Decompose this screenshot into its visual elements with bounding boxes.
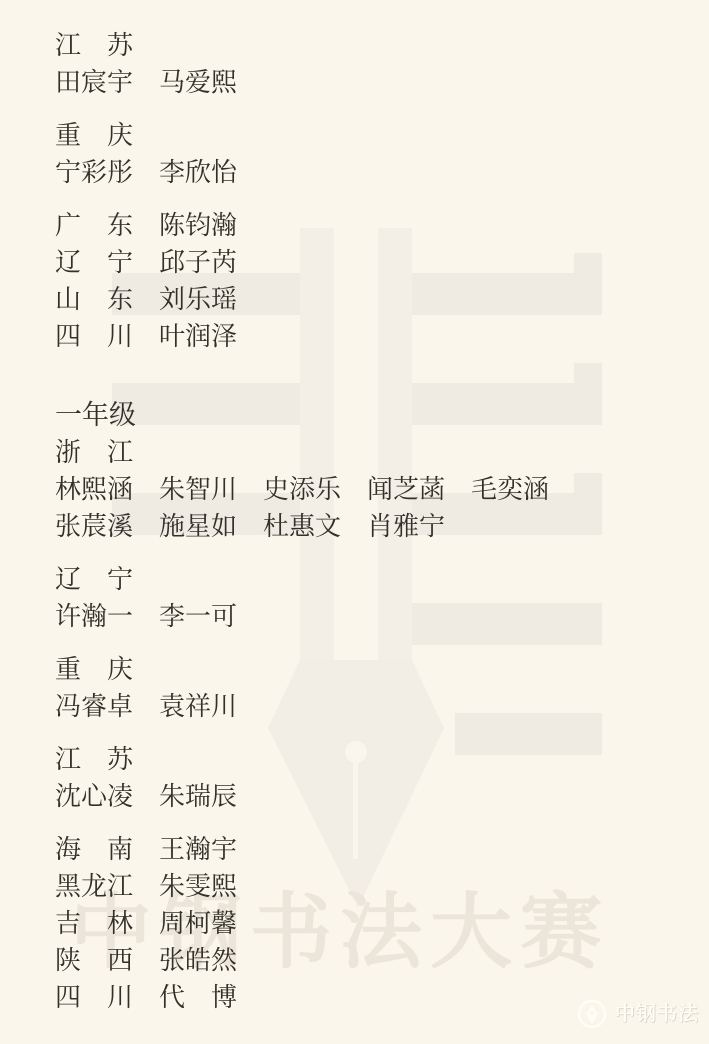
list-line: 四 川 叶润泽 [55, 318, 549, 355]
list-line: 宁彩彤 李欣怡 [55, 154, 549, 191]
list-block: 广 东 陈钧瀚辽 宁 邱子芮山 东 刘乐瑶四 川 叶润泽 [55, 207, 549, 355]
list-line: 海 南 王瀚宇 [55, 831, 549, 868]
list-block: 辽 宁许瀚一 李一可 [55, 561, 549, 635]
results-list: 江 苏田宸宇 马爱熙重 庆宁彩彤 李欣怡广 东 陈钧瀚辽 宁 邱子芮山 东 刘乐… [55, 27, 549, 1016]
list-line: 沈心凌 朱瑞辰 [55, 778, 549, 815]
list-line: 冯睿卓 袁祥川 [55, 688, 549, 725]
list-line: 浙 江 [55, 434, 549, 471]
brand-pen-circle-icon [576, 997, 608, 1031]
list-line: 林熙涵 朱智川 史添乐 闻芝菡 毛奕涵 [55, 471, 549, 508]
list-line: 许瀚一 李一可 [55, 598, 549, 635]
list-block: 一年级浙 江林熙涵 朱智川 史添乐 闻芝菡 毛奕涵张莀溪 施星如 杜惠文 肖雅宁 [55, 397, 549, 545]
grade-heading: 一年级 [55, 397, 549, 434]
list-block: 海 南 王瀚宇黑龙江 朱雯熙吉 林 周柯馨陕 西 张皓然四 川 代 博 [55, 831, 549, 1016]
list-line: 田宸宇 马爱熙 [55, 64, 549, 101]
list-block: 重 庆冯睿卓 袁祥川 [55, 651, 549, 725]
list-line: 广 东 陈钧瀚 [55, 207, 549, 244]
results-page: 中钢书法大赛 江 苏田宸宇 马爱熙重 庆宁彩彤 李欣怡广 东 陈钧瀚辽 宁 邱子… [0, 0, 709, 1044]
list-block: 江 苏田宸宇 马爱熙 [55, 27, 549, 101]
list-line: 山 东 刘乐瑶 [55, 281, 549, 318]
list-line: 江 苏 [55, 27, 549, 64]
list-line: 辽 宁 邱子芮 [55, 244, 549, 281]
list-line: 张莀溪 施星如 杜惠文 肖雅宁 [55, 508, 549, 545]
list-line: 辽 宁 [55, 561, 549, 598]
list-line: 黑龙江 朱雯熙 [55, 868, 549, 905]
list-line: 四 川 代 博 [55, 979, 549, 1016]
list-block: 江 苏沈心凌 朱瑞辰 [55, 741, 549, 815]
list-line: 重 庆 [55, 117, 549, 154]
brand-logo: 中钢书法 [576, 997, 699, 1031]
brand-text: 中钢书法 [615, 998, 699, 1030]
list-line: 江 苏 [55, 741, 549, 778]
list-block: 重 庆宁彩彤 李欣怡 [55, 117, 549, 191]
list-line: 陕 西 张皓然 [55, 942, 549, 979]
list-line: 重 庆 [55, 651, 549, 688]
list-line: 吉 林 周柯馨 [55, 905, 549, 942]
